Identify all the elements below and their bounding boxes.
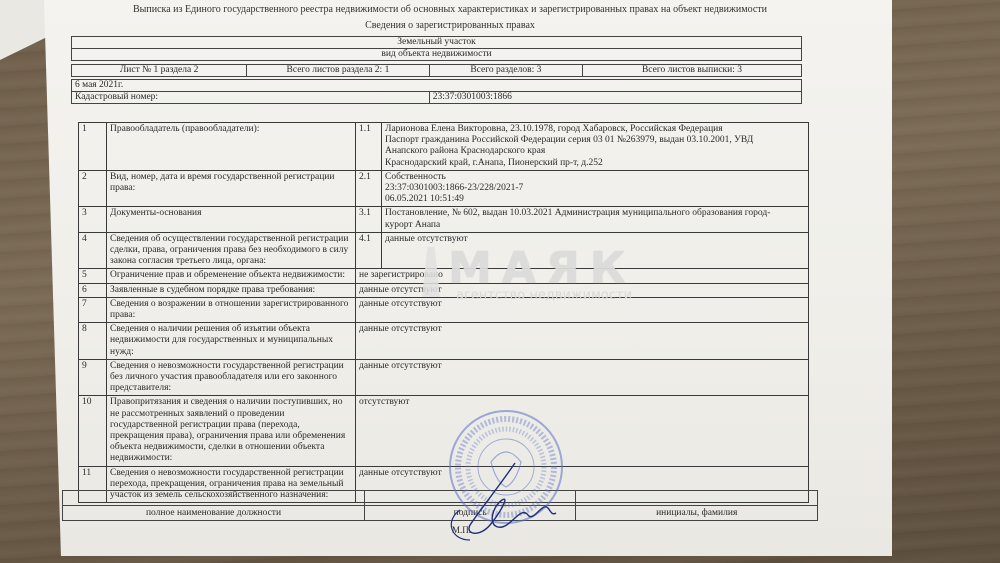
value-line: Постановление, № 602, выдан 10.03.2021 А… xyxy=(385,208,805,219)
section-sheets: Всего листов раздела 2: 1 xyxy=(247,65,430,77)
name-caption: инициалы, фамилия xyxy=(576,506,818,521)
extract-sheets: Всего листов выписки: 3 xyxy=(582,65,801,77)
row-label: Сведения о возражении в отношении зареги… xyxy=(107,297,356,322)
row-value: данные отсутствуют xyxy=(356,323,809,360)
value-line: Собственность xyxy=(385,172,805,183)
row-label: Правообладатель (правообладатели): xyxy=(107,123,356,171)
cadastral-number: 23:37:0301003:1866 xyxy=(429,92,801,104)
document-title: Выписка из Единого государственного реес… xyxy=(60,4,840,15)
table-row: 8Сведения о наличии решения об изъятии о… xyxy=(79,323,809,360)
row-number: 8 xyxy=(79,323,107,360)
row-subnumber: 2.1 xyxy=(356,170,382,207)
row-label: Вид, номер, дата и время государственной… xyxy=(107,170,356,207)
value-line: Ларионова Елена Викторовна, 23.10.1978, … xyxy=(385,124,805,135)
row-number: 4 xyxy=(79,232,107,269)
cadastral-label: Кадастровый номер: xyxy=(72,92,430,104)
value-line: данные отсутствуют xyxy=(359,285,805,296)
row-number: 6 xyxy=(79,283,107,297)
signature-caption: подпись xyxy=(365,506,576,521)
extract-date: 6 мая 2021г. xyxy=(72,80,802,92)
value-line: данные отсутствуют xyxy=(385,234,805,245)
object-type-caption: вид объекта недвижимости xyxy=(72,49,802,61)
row-label: Документы-основания xyxy=(107,207,356,232)
seal-caption: М.П. xyxy=(452,525,471,535)
row-label: Правопритязания и сведения о наличии пос… xyxy=(107,396,356,466)
value-line: Краснодарский край, г.Анапа, Пионерский … xyxy=(385,158,805,169)
row-subnumber: 4.1 xyxy=(356,232,382,269)
table-row: 7Сведения о возражении в отношении зарег… xyxy=(79,297,809,322)
value-line: 23:37:0301003:1866-23/228/2021-7 xyxy=(385,183,805,194)
value-line: курорт Анапа xyxy=(385,220,805,231)
row-value: отсутствуют xyxy=(356,396,809,466)
value-line: Паспорт гражданина Российской Федерации … xyxy=(385,135,805,146)
document-subtitle: Сведения о зарегистрированных правах xyxy=(60,20,840,31)
row-value: данные отсутствуют xyxy=(356,297,809,322)
table-row: 1Правообладатель (правообладатели):1.1Ла… xyxy=(79,123,809,171)
row-value: данные отсутствуют xyxy=(382,232,809,269)
row-number: 9 xyxy=(79,359,107,396)
position-caption: полное наименование должности xyxy=(63,506,365,521)
value-line: 06.05.2021 10:51:49 xyxy=(385,194,805,205)
row-number: 10 xyxy=(79,396,107,466)
row-value: не зарегистрировано xyxy=(356,269,809,283)
row-subnumber: 1.1 xyxy=(356,123,382,171)
value-line: данные отсутствуют xyxy=(359,361,805,372)
table-row: 9Сведения о невозможности государственно… xyxy=(79,359,809,396)
sections-total: Всего разделов: 3 xyxy=(429,65,582,77)
value-line: данные отсутствуют xyxy=(359,324,805,335)
table-row: 10Правопритязания и сведения о наличии п… xyxy=(79,396,809,466)
row-value: данные отсутствуют xyxy=(356,359,809,396)
row-number: 3 xyxy=(79,207,107,232)
value-line: отсутствуют xyxy=(359,397,805,408)
row-label: Заявленные в судебном порядке права треб… xyxy=(107,283,356,297)
row-number: 2 xyxy=(79,170,107,207)
value-line: не зарегистрировано xyxy=(359,270,805,281)
row-number: 7 xyxy=(79,297,107,322)
table-row: 4Сведения об осуществлении государственн… xyxy=(79,232,809,269)
row-value: Собственность23:37:0301003:1866-23/228/2… xyxy=(382,170,809,207)
row-value: Ларионова Елена Викторовна, 23.10.1978, … xyxy=(382,123,809,171)
row-value: Постановление, № 602, выдан 10.03.2021 А… xyxy=(382,207,809,232)
value-line: Анапского района Краснодарского края xyxy=(385,146,805,157)
object-type: Земельный участок xyxy=(72,37,802,49)
value-line: данные отсутствуют xyxy=(359,299,805,310)
header-table: Земельный участок вид объекта недвижимос… xyxy=(71,36,802,104)
row-number: 5 xyxy=(79,269,107,283)
row-label: Сведения о невозможности государственной… xyxy=(107,359,356,396)
row-value: данные отсутствуют xyxy=(356,283,809,297)
table-row: 5Ограничение прав и обременение объекта … xyxy=(79,269,809,283)
row-label: Ограничение прав и обременение объекта н… xyxy=(107,269,356,283)
signature-table: полное наименование должности подпись ин… xyxy=(62,490,818,521)
row-label: Сведения об осуществлении государственно… xyxy=(107,232,356,269)
rights-table: 1Правообладатель (правообладатели):1.1Ла… xyxy=(78,122,809,503)
row-subnumber: 3.1 xyxy=(356,207,382,232)
table-row: 3Документы-основания3.1Постановление, № … xyxy=(79,207,809,232)
table-row: 2Вид, номер, дата и время государственно… xyxy=(79,170,809,207)
table-row: 6Заявленные в судебном порядке права тре… xyxy=(79,283,809,297)
row-label: Сведения о наличии решения об изъятии об… xyxy=(107,323,356,360)
value-line: данные отсутствуют xyxy=(359,468,805,479)
sheet-number: Лист № 1 раздела 2 xyxy=(72,65,247,77)
row-number: 1 xyxy=(79,123,107,171)
